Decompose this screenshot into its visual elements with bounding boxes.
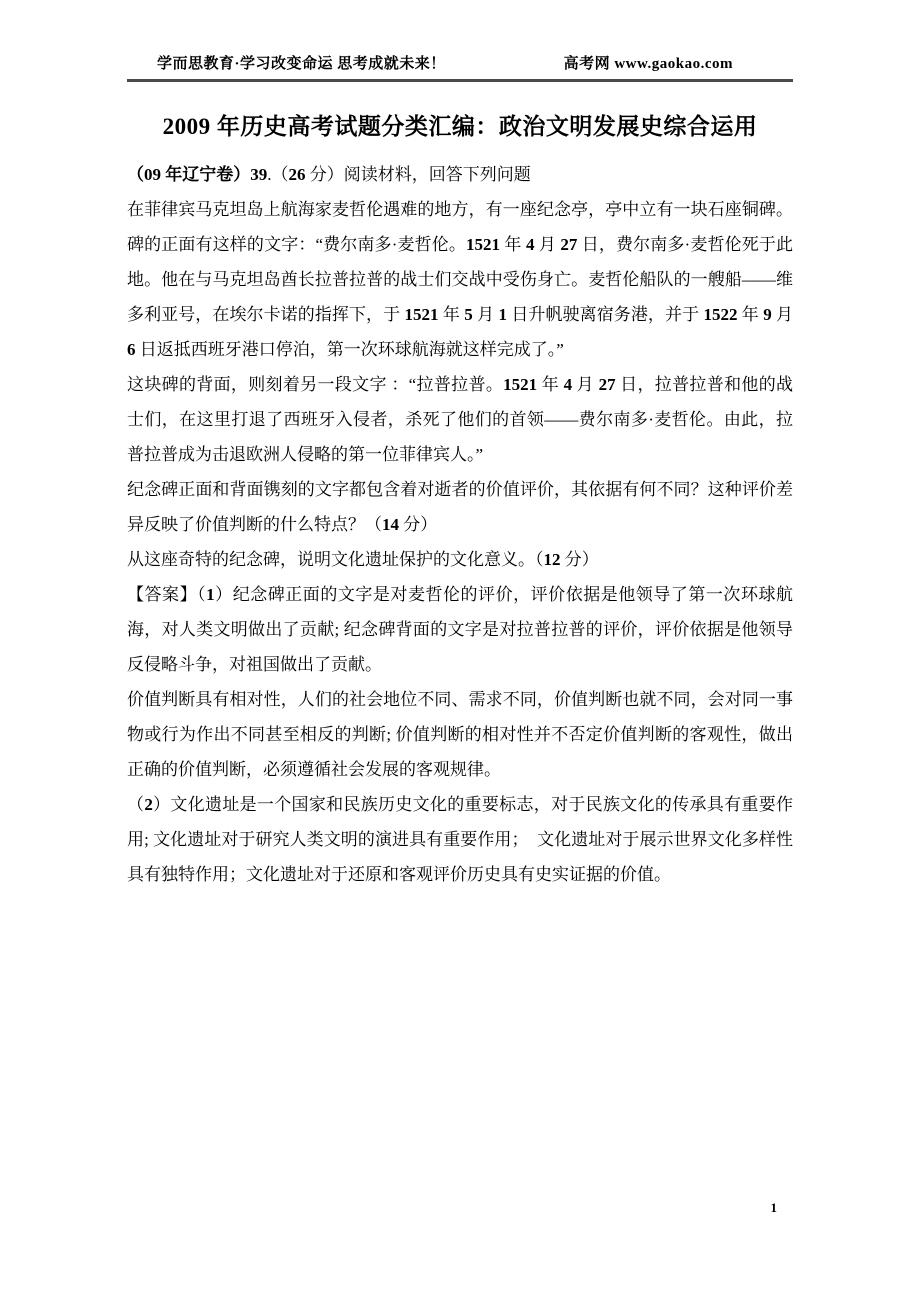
answer-part-1-continued: 价值判断具有相对性，人们的社会地位不同、需求不同，价值判断也就不同，会对同一事物… <box>127 682 793 787</box>
question-intro-text: 39.（26 分）阅读材料，回答下列问题 <box>250 165 531 184</box>
header-left-slogan: 学而思教育·学习改变命运 思考成就未来！ <box>127 52 446 73</box>
answer-part-1: 【答案】（1）纪念碑正面的文字是对麦哲伦的评价，评价依据是他领导了第一次环球航海… <box>127 577 793 682</box>
document-title: 2009 年历史高考试题分类汇编：政治文明发展史综合运用 <box>127 108 793 141</box>
document-body: （09 年辽宁卷）39.（26 分）阅读材料，回答下列问题 在菲律宾马克坦岛上航… <box>127 157 793 892</box>
question-header-line: （09 年辽宁卷）39.（26 分）阅读材料，回答下列问题 <box>127 157 793 192</box>
page-header: 学而思教育·学习改变命运 思考成就未来！ 高考网 www.gaokao.com <box>127 0 793 82</box>
page-content: 学而思教育·学习改变命运 思考成就未来！ 高考网 www.gaokao.com … <box>127 0 793 892</box>
document-page: 学而思教育·学习改变命运 思考成就未来！ 高考网 www.gaokao.com … <box>0 0 920 1302</box>
question-source-label: （09 年辽宁卷） <box>127 165 250 184</box>
question-1-text: 纪念碑正面和背面镌刻的文字都包含着对逝者的价值评价，其依据有何不同？这种评价差异… <box>127 472 793 542</box>
answer-part-2: （2）文化遗址是一个国家和民族历史文化的重要标志，对于民族文化的传承具有重要作用… <box>127 787 793 892</box>
material-paragraph-back: 这块碑的背面，则刻着另一段文字 ：“拉普拉普。1521 年 4 月 27 日，拉… <box>127 367 793 472</box>
header-right-site: 高考网 www.gaokao.com <box>564 52 793 73</box>
question-2-text: 从这座奇特的纪念碑，说明文化遗址保护的文化意义。（12 分） <box>127 542 793 577</box>
material-paragraph-front: 在菲律宾马克坦岛上航海家麦哲伦遇难的地方，有一座纪念亭，亭中立有一块石座铜碑。碑… <box>127 192 793 367</box>
page-number: 1 <box>127 1200 777 1216</box>
